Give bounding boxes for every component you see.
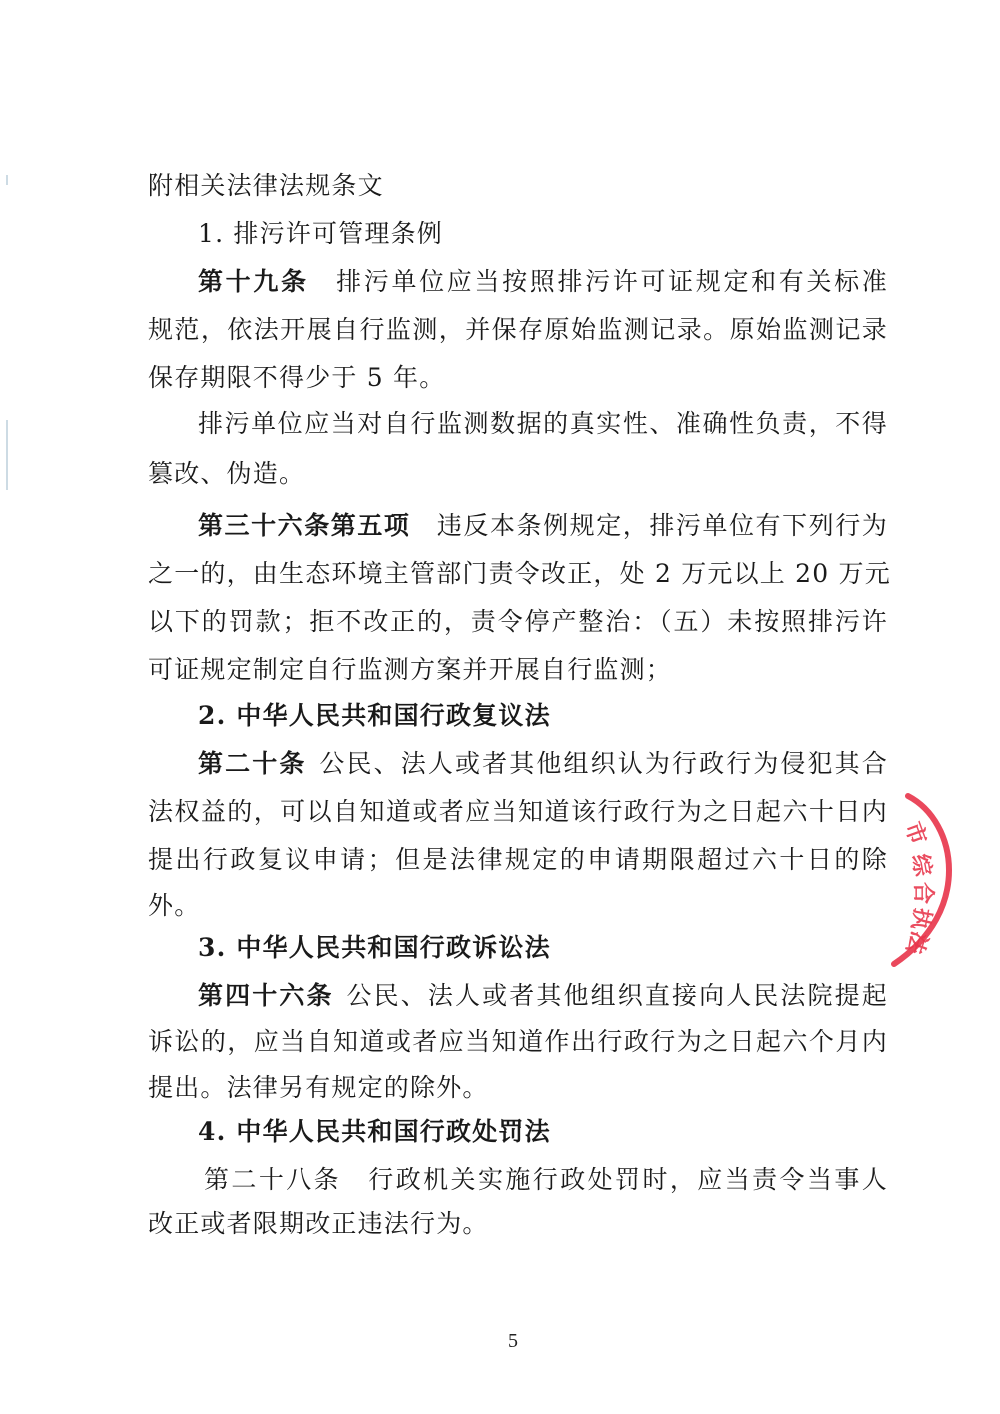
article-text-line: 提出。法律另有规定的除外。 <box>148 1072 489 1104</box>
official-seal: 市 综 合 执 法 <box>880 792 1000 972</box>
scan-artifact <box>6 420 8 490</box>
article-label: 第十九条 <box>198 267 309 296</box>
article-text-line: 诉讼的，应当自知道或者应当知道作出行政行为之日起六个月内 <box>148 1026 888 1058</box>
article-text: 行政机关实施行政处罚时，应当责令当事人 <box>367 1165 888 1194</box>
section-title-1: 1. 排污许可管理条例 <box>198 218 443 250</box>
article-first-line: 第三十六条第五项违反本条例规定，排污单位有下列行为 <box>148 510 888 542</box>
seal-char: 综 <box>906 852 936 879</box>
seal-arc-icon: 市 综 合 执 法 <box>880 792 1000 972</box>
section-title-2: 2. 中华人民共和国行政复议法 <box>198 700 551 732</box>
seal-char: 合 <box>910 882 936 904</box>
article-first-line: 第四十六条公民、法人或者其他组织直接向人民法院提起 <box>148 980 888 1012</box>
article-text: 公民、法人或者其他组织认为行政行为侵犯其合 <box>318 749 888 778</box>
article-text: 排污单位应当按照排污许可证规定和有关标准 <box>335 267 888 296</box>
article-text-line: 提出行政复议申请；但是法律规定的申请期限超过六十日的除 <box>148 844 888 876</box>
section-title-3: 3. 中华人民共和国行政诉讼法 <box>198 932 551 964</box>
article-first-line: 排污单位应当对自行监测数据的真实性、准确性负责，不得 <box>148 408 888 440</box>
page-number: 5 <box>508 1330 518 1353</box>
document-heading: 附相关法律法规条文 <box>148 170 384 202</box>
article-text: 违反本条例规定，排污单位有下列行为 <box>436 511 888 540</box>
article-label: 第二十八条 <box>204 1165 341 1194</box>
article-first-line: 第二十八条行政机关实施行政处罚时，应当责令当事人 <box>148 1164 888 1196</box>
article-text-line: 以下的罚款；拒不改正的，责令停产整治：（五）未按照排污许 <box>148 606 888 638</box>
article-label: 第二十条 <box>198 749 306 778</box>
article-text-line: 规范，依法开展自行监测，并保存原始监测记录。原始监测记录 <box>148 314 888 346</box>
article-text: 排污单位应当对自行监测数据的真实性、准确性负责，不得 <box>198 409 888 438</box>
article-text-line: 改正或者限期改正违法行为。 <box>148 1208 489 1240</box>
article-label: 第三十六条第五项 <box>198 511 410 540</box>
document-page: 附相关法律法规条文 1. 排污许可管理条例 第十九条排污单位应当按照排污许可证规… <box>0 0 1000 1414</box>
article-text-line: 法权益的，可以自知道或者应当知道该行政行为之日起六十日内 <box>148 796 888 828</box>
article-first-line: 第十九条排污单位应当按照排污许可证规定和有关标准 <box>148 266 888 298</box>
article-text: 公民、法人或者其他组织直接向人民法院提起 <box>346 981 888 1010</box>
seal-char: 市 <box>899 819 930 848</box>
scan-artifact <box>6 175 8 185</box>
article-text-line: 之一的，由生态环境主管部门责令改正，处 2 万元以上 20 万元 <box>148 558 888 590</box>
article-text-line: 可证规定制定自行监测方案并开展自行监测； <box>148 654 672 686</box>
article-text-line: 篡改、伪造。 <box>148 458 305 490</box>
article-text-line: 外。 <box>148 890 200 922</box>
article-text-line: 保存期限不得少于 5 年。 <box>148 362 445 394</box>
section-title-4: 4. 中华人民共和国行政处罚法 <box>198 1116 551 1148</box>
article-label: 第四十六条 <box>198 981 334 1010</box>
article-first-line: 第二十条公民、法人或者其他组织认为行政行为侵犯其合 <box>148 748 888 780</box>
